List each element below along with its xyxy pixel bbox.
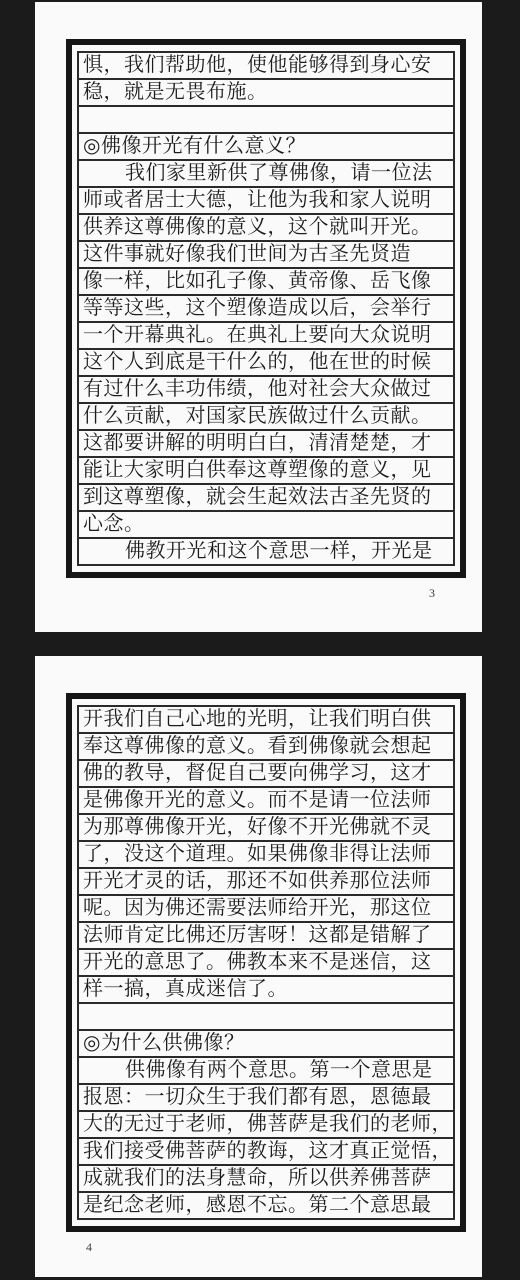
page-number: 4: [86, 1240, 92, 1255]
text-row: 开光的意思了。佛教本来不是迷信，这: [79, 950, 453, 977]
text-row: 等等这些，这个塑像造成以后，会举行: [79, 296, 453, 323]
text-row: 成就我们的法身慧命，所以供养佛菩萨: [79, 1166, 453, 1193]
text-row: 到这尊塑像，就会生起效法古圣先贤的: [79, 485, 453, 512]
text-row: 为那尊佛像开光，好像不开光佛就不灵: [79, 815, 453, 842]
text-row: 佛教开光和这个意思一样，开光是: [79, 539, 453, 564]
page-number: 3: [429, 586, 435, 601]
text-grid: 开我们自己心地的光明，让我们明白供奉这尊佛像的意义。看到佛像就会想起佛的教导，督…: [77, 705, 455, 1220]
text-row: 我们家里新供了尊佛像，请一位法: [79, 161, 453, 188]
page-3: 惧，我们帮助他，使他能够得到身心安稳，就是无畏布施。◎佛像开光有什么意义？我们家…: [35, 2, 482, 632]
text-row: 这件事就好像我们世间为古圣先贤造: [79, 242, 453, 269]
page-4: 开我们自己心地的光明，让我们明白供奉这尊佛像的意义。看到佛像就会想起佛的教导，督…: [35, 656, 482, 1277]
text-row: 这都要讲解的明明白白，清清楚楚，才: [79, 431, 453, 458]
text-row: 了，没这个道理。如果佛像非得让法师: [79, 842, 453, 869]
section-heading-row: ◎佛像开光有什么意义？: [79, 134, 453, 161]
text-row: 心念。: [79, 512, 453, 539]
text-row: 这个人到底是干什么的，他在世的时候: [79, 350, 453, 377]
text-row: 是纪念老师，感恩不忘。第二个意思最: [79, 1193, 453, 1218]
text-row: 呢。因为佛还需要法师给开光，那这位: [79, 896, 453, 923]
text-row: 是佛像开光的意义。而不是请一位法师: [79, 788, 453, 815]
text-row: 开我们自己心地的光明，让我们明白供: [79, 707, 453, 734]
text-row: 惧，我们帮助他，使他能够得到身心安: [79, 53, 453, 80]
text-row: 能让大家明白供奉这尊塑像的意义，见: [79, 458, 453, 485]
text-row: 法师肯定比佛还厉害呀！这都是错解了: [79, 923, 453, 950]
section-heading-row: ◎为什么供佛像？: [79, 1031, 453, 1058]
page-border-frame: 惧，我们帮助他，使他能够得到身心安稳，就是无畏布施。◎佛像开光有什么意义？我们家…: [66, 39, 466, 578]
page-border-frame: 开我们自己心地的光明，让我们明白供奉这尊佛像的意义。看到佛像就会想起佛的教导，督…: [66, 693, 466, 1232]
document-viewer[interactable]: 惧，我们帮助他，使他能够得到身心安稳，就是无畏布施。◎佛像开光有什么意义？我们家…: [0, 0, 520, 1280]
text-row: 有过什么丰功伟绩，他对社会大众做过: [79, 377, 453, 404]
blank-row: [79, 1004, 453, 1031]
text-row: 一个开幕典礼。在典礼上要向大众说明: [79, 323, 453, 350]
text-row: 大的无过于老师，佛菩萨是我们的老师，: [79, 1112, 453, 1139]
blank-row: [79, 107, 453, 134]
text-row: 佛的教导，督促自己要向佛学习，这才: [79, 761, 453, 788]
text-row: 样一搞，真成迷信了。: [79, 977, 453, 1004]
text-row: 奉这尊佛像的意义。看到佛像就会想起: [79, 734, 453, 761]
text-grid: 惧，我们帮助他，使他能够得到身心安稳，就是无畏布施。◎佛像开光有什么意义？我们家…: [77, 51, 455, 566]
text-row: 像一样，比如孔子像、黄帝像、岳飞像: [79, 269, 453, 296]
text-row: 报恩：一切众生于我们都有恩，恩德最: [79, 1085, 453, 1112]
text-row: 供养这尊佛像的意义，这个就叫开光。: [79, 215, 453, 242]
text-row: 我们接受佛菩萨的教诲，这才真正觉悟，: [79, 1139, 453, 1166]
text-row: 开光才灵的话，那还不如供养那位法师: [79, 869, 453, 896]
text-row: 稳，就是无畏布施。: [79, 80, 453, 107]
text-row: 师或者居士大德，让他为我和家人说明: [79, 188, 453, 215]
text-row: 什么贡献，对国家民族做过什么贡献。: [79, 404, 453, 431]
text-row: 供佛像有两个意思。第一个意思是: [79, 1058, 453, 1085]
